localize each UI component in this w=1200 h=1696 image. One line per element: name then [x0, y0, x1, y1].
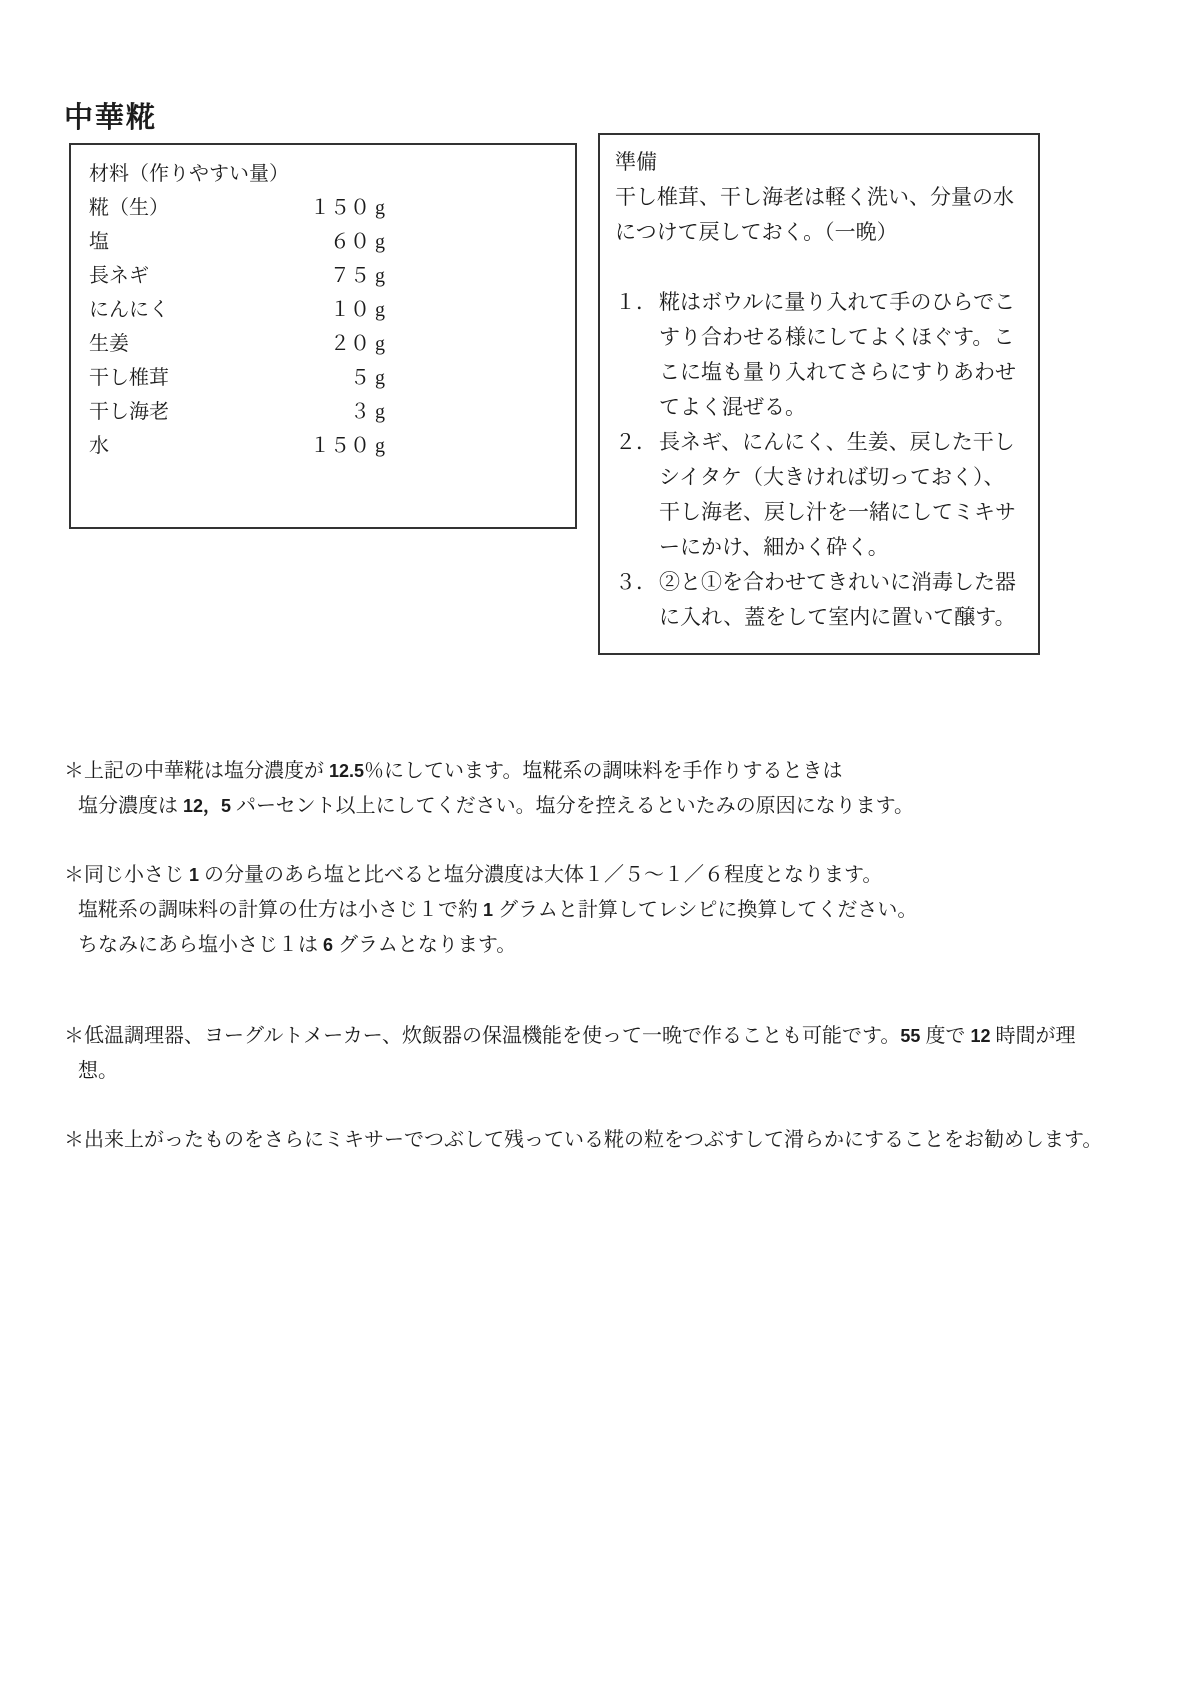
- note-text: 想。: [78, 1060, 118, 1082]
- note-text: ＊同じ小さじ: [64, 864, 189, 886]
- note-text: 塩糀系の調味料の計算の仕方は小さじ１で約: [78, 899, 483, 921]
- note-text: パーセント以上にしてください。塩分を控えるといたみの原因になります。: [231, 795, 914, 817]
- ingredient-name: 長ネギ: [89, 259, 249, 293]
- ingredient-name: 糀（生）: [89, 191, 249, 225]
- ingredient-name: にんにく: [89, 293, 249, 327]
- note-number: 12: [970, 1026, 990, 1046]
- note-number: 12.5: [329, 761, 364, 781]
- note-number: 1: [483, 900, 493, 920]
- note-salt-ratio: ＊上記の中華糀は塩分濃度が 12.5％にしています。塩糀系の調味料を手作りすると…: [64, 754, 1168, 824]
- notes-section: ＊上記の中華糀は塩分濃度が 12.5％にしています。塩糀系の調味料を手作りすると…: [64, 754, 1168, 1192]
- ingredient-row: 塩６０ g: [89, 225, 557, 259]
- preparation-step: １．糀はボウルに量り入れて手のひらでこすり合わせる様にしてよくほぐす。ここに塩も…: [615, 285, 1023, 425]
- note-text: ちなみにあら塩小さじ１は: [78, 934, 323, 956]
- step-text: ②と①を合わせてきれいに消毒した器に入れ、蓋をして室内に置いて醸す。: [659, 565, 1023, 635]
- ingredient-row: 生姜２０ g: [89, 327, 557, 361]
- ingredient-name: 塩: [89, 225, 249, 259]
- ingredient-row: 水１５０ g: [89, 429, 557, 463]
- step-text: 長ネギ、にんにく、生姜、戻した干しシイタケ（大きければ切っておく）、干し海老、戻…: [659, 425, 1023, 565]
- ingredient-quantity: ７５ g: [249, 259, 385, 293]
- preparation-box: 準備 干し椎茸、干し海老は軽く洗い、分量の水につけて戻しておく。（一晩） １．糀…: [598, 133, 1040, 655]
- ingredient-quantity: ２０ g: [249, 327, 385, 361]
- preparation-step: ２．長ネギ、にんにく、生姜、戻した干しシイタケ（大きければ切っておく）、干し海老…: [615, 425, 1023, 565]
- ingredient-quantity: ６０ g: [249, 225, 385, 259]
- note-text: の分量のあら塩と比べると塩分濃度は大体１／５～１／６程度となります。: [199, 864, 882, 886]
- note-text: ＊低温調理器、ヨーグルトメーカー、炊飯器の保温機能を使って一晩で作ることも可能で…: [64, 1025, 900, 1047]
- note-text: グラムとなります。: [333, 934, 516, 956]
- note-text: ％にしています。塩糀系の調味料を手作りするときは: [364, 760, 842, 782]
- note-line: 塩分濃度は 12，5 パーセント以上にしてください。塩分を控えるといたみの原因に…: [64, 789, 1168, 824]
- note-text: グラムと計算してレシピに換算してください。: [493, 899, 917, 921]
- ingredients-header: 材料（作りやすい量）: [89, 157, 557, 191]
- ingredient-name: 干し海老: [89, 395, 249, 429]
- step-text: 糀はボウルに量り入れて手のひらでこすり合わせる様にしてよくほぐす。ここに塩も量り…: [659, 285, 1023, 425]
- note-text: 塩分濃度は: [78, 795, 183, 817]
- note-line: ＊同じ小さじ 1 の分量のあら塩と比べると塩分濃度は大体１／５～１／６程度となり…: [64, 858, 1168, 893]
- ingredient-row: 長ネギ７５ g: [89, 259, 557, 293]
- ingredient-quantity: ３ g: [249, 395, 385, 429]
- note-number: 6: [323, 935, 333, 955]
- note-number: 1: [189, 865, 199, 885]
- note-line: ＊上記の中華糀は塩分濃度が 12.5％にしています。塩糀系の調味料を手作りすると…: [64, 754, 1168, 789]
- note-number: 55: [900, 1026, 920, 1046]
- step-number: ２．: [615, 425, 659, 565]
- ingredient-row: 干し海老３ g: [89, 395, 557, 429]
- note-text: 度で: [920, 1025, 970, 1047]
- preparation-step: ３．②と①を合わせてきれいに消毒した器に入れ、蓋をして室内に置いて醸す。: [615, 565, 1023, 635]
- ingredient-name: 生姜: [89, 327, 249, 361]
- ingredient-quantity: １５０ g: [249, 191, 385, 225]
- note-number: 12，5: [183, 796, 231, 816]
- preparation-intro: 干し椎茸、干し海老は軽く洗い、分量の水につけて戻しておく。（一晩）: [615, 180, 1023, 250]
- document-page: 中華糀 材料（作りやすい量） 糀（生）１５０ g 塩６０ g 長ネギ７５ g に…: [0, 0, 1200, 1696]
- preparation-header: 準備: [615, 145, 1023, 180]
- note-line: ＊低温調理器、ヨーグルトメーカー、炊飯器の保温機能を使って一晩で作ることも可能で…: [64, 1019, 1168, 1054]
- ingredient-name: 干し椎茸: [89, 361, 249, 395]
- note-line: 塩糀系の調味料の計算の仕方は小さじ１で約 1 グラムと計算してレシピに換算してく…: [64, 893, 1168, 928]
- ingredient-quantity: １０ g: [249, 293, 385, 327]
- note-line: 想。: [64, 1054, 1168, 1089]
- note-text: 時間が理: [990, 1025, 1075, 1047]
- step-number: １．: [615, 285, 659, 425]
- ingredient-quantity: ５ g: [249, 361, 385, 395]
- note-blend-smooth: ＊出来上がったものをさらにミキサーでつぶして残っている糀の粒をつぶすして滑らかに…: [64, 1123, 1168, 1158]
- note-line: ＊出来上がったものをさらにミキサーでつぶして残っている糀の粒をつぶすして滑らかに…: [64, 1123, 1168, 1158]
- preparation-steps: １．糀はボウルに量り入れて手のひらでこすり合わせる様にしてよくほぐす。ここに塩も…: [615, 285, 1023, 635]
- ingredient-quantity: １５０ g: [249, 429, 385, 463]
- note-teaspoon-conversion: ＊同じ小さじ 1 の分量のあら塩と比べると塩分濃度は大体１／５～１／６程度となり…: [64, 858, 1168, 963]
- ingredients-box: 材料（作りやすい量） 糀（生）１５０ g 塩６０ g 長ネギ７５ g にんにく１…: [69, 143, 577, 529]
- step-number: ３．: [615, 565, 659, 635]
- note-text: ＊出来上がったものをさらにミキサーでつぶして残っている糀の粒をつぶすして滑らかに…: [64, 1129, 1102, 1151]
- ingredient-name: 水: [89, 429, 249, 463]
- note-overnight-appliances: ＊低温調理器、ヨーグルトメーカー、炊飯器の保温機能を使って一晩で作ることも可能で…: [64, 1019, 1168, 1089]
- ingredient-row: 干し椎茸５ g: [89, 361, 557, 395]
- ingredient-row: にんにく１０ g: [89, 293, 557, 327]
- page-title: 中華糀: [64, 95, 157, 136]
- note-text: ＊上記の中華糀は塩分濃度が: [64, 760, 329, 782]
- note-line: ちなみにあら塩小さじ１は 6 グラムとなります。: [64, 928, 1168, 963]
- ingredient-row: 糀（生）１５０ g: [89, 191, 557, 225]
